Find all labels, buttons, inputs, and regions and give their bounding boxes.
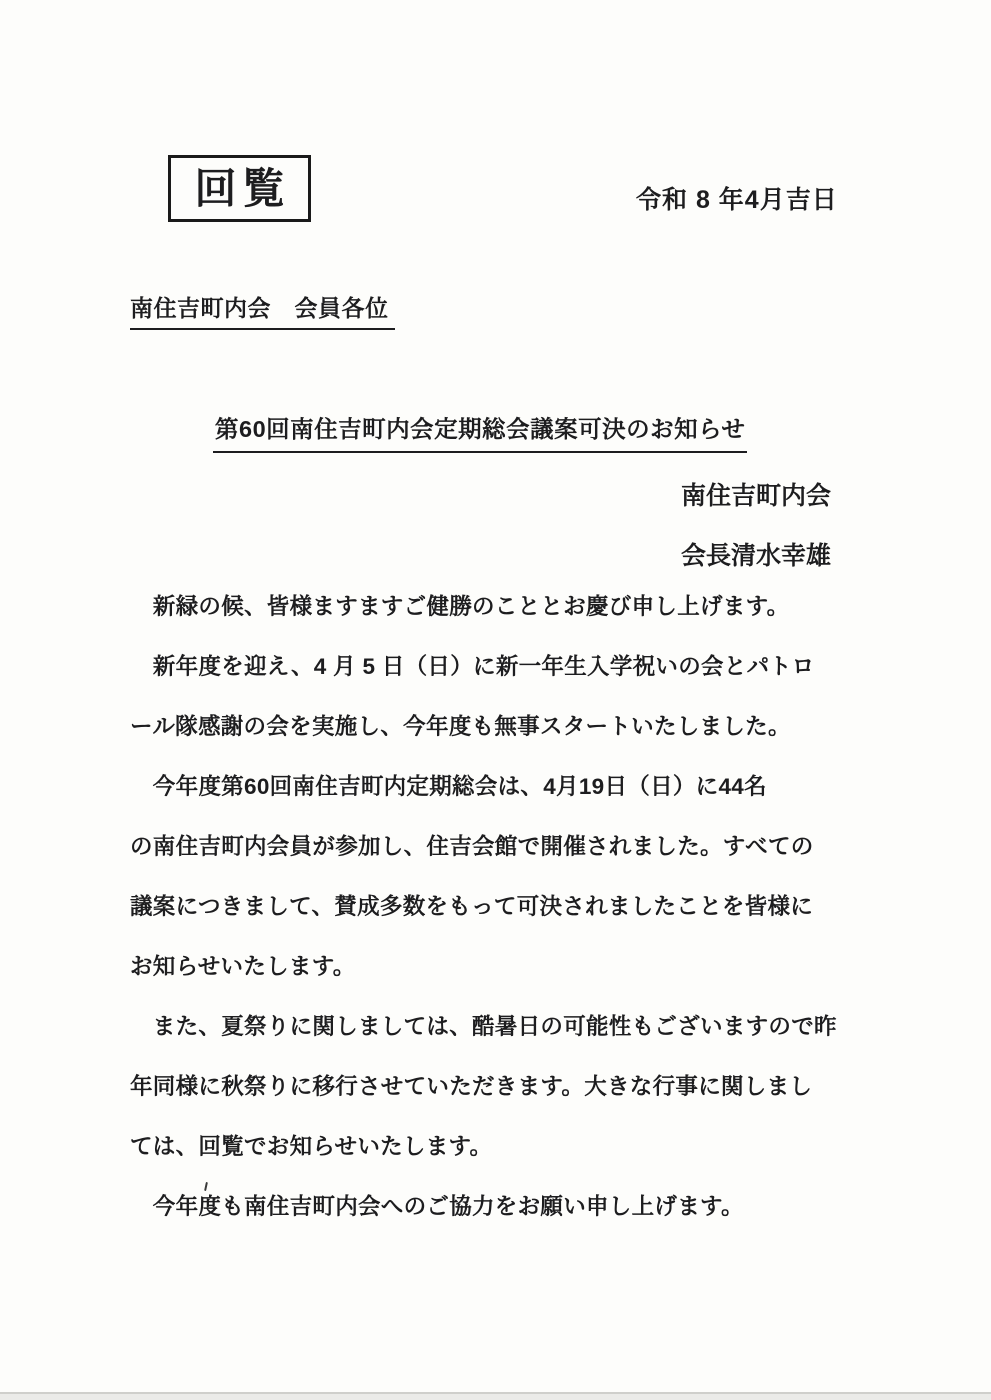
notice-title: 第60回南住吉町内会定期総会議案可決のお知らせ [213, 410, 747, 453]
body-line: ては、回覧でお知らせいたします。 [130, 1131, 960, 1191]
recipient-line: 南住吉町内会 会員各位 [130, 290, 395, 330]
body-line: 新年度を迎え、4 月 5 日（日）に新一年生入学祝いの会とパトロ [130, 651, 960, 711]
body-line: 今年度も南住吉町内会へのご協力をお願い申し上げます。 [130, 1191, 960, 1251]
notice-body: 新緑の候、皆様ますますご健勝のこととお慶び申し上げます。 新年度を迎え、4 月 … [130, 591, 960, 1251]
sender-chairman-name: 会長清水幸雄 [681, 536, 831, 572]
body-line: 新緑の候、皆様ますますご健勝のこととお慶び申し上げます。 [130, 591, 960, 651]
sender-organization: 南住吉町内会 [681, 476, 831, 512]
body-line: 年同様に秋祭りに移行させていただきます。大きな行事に関しまし [130, 1071, 960, 1131]
kairan-stamp-box: 回覧 [168, 155, 311, 222]
kairan-stamp-label: 回覧 [194, 168, 290, 210]
document-date: 令和 8 年4月吉日 [636, 180, 838, 216]
body-line: 議案につきまして、賛成多数をもって可決されましたことを皆様に [130, 891, 960, 951]
scan-edge-band [0, 1394, 991, 1400]
body-line: の南住吉町内会員が参加し、住吉会館で開催されました。すべての [130, 831, 960, 891]
body-line: また、夏祭りに関しましては、酷暑日の可能性もございますので昨 [130, 1011, 960, 1071]
body-line: 今年度第60回南住吉町内定期総会は、4月19日（日）に44名 [130, 771, 960, 831]
document-page: 回覧 令和 8 年4月吉日 南住吉町内会 会員各位 第60回南住吉町内会定期総会… [0, 0, 991, 1400]
body-line: ール隊感謝の会を実施し、今年度も無事スタートいたしました。 [130, 711, 960, 771]
body-line: お知らせいたします。 [130, 951, 960, 1011]
